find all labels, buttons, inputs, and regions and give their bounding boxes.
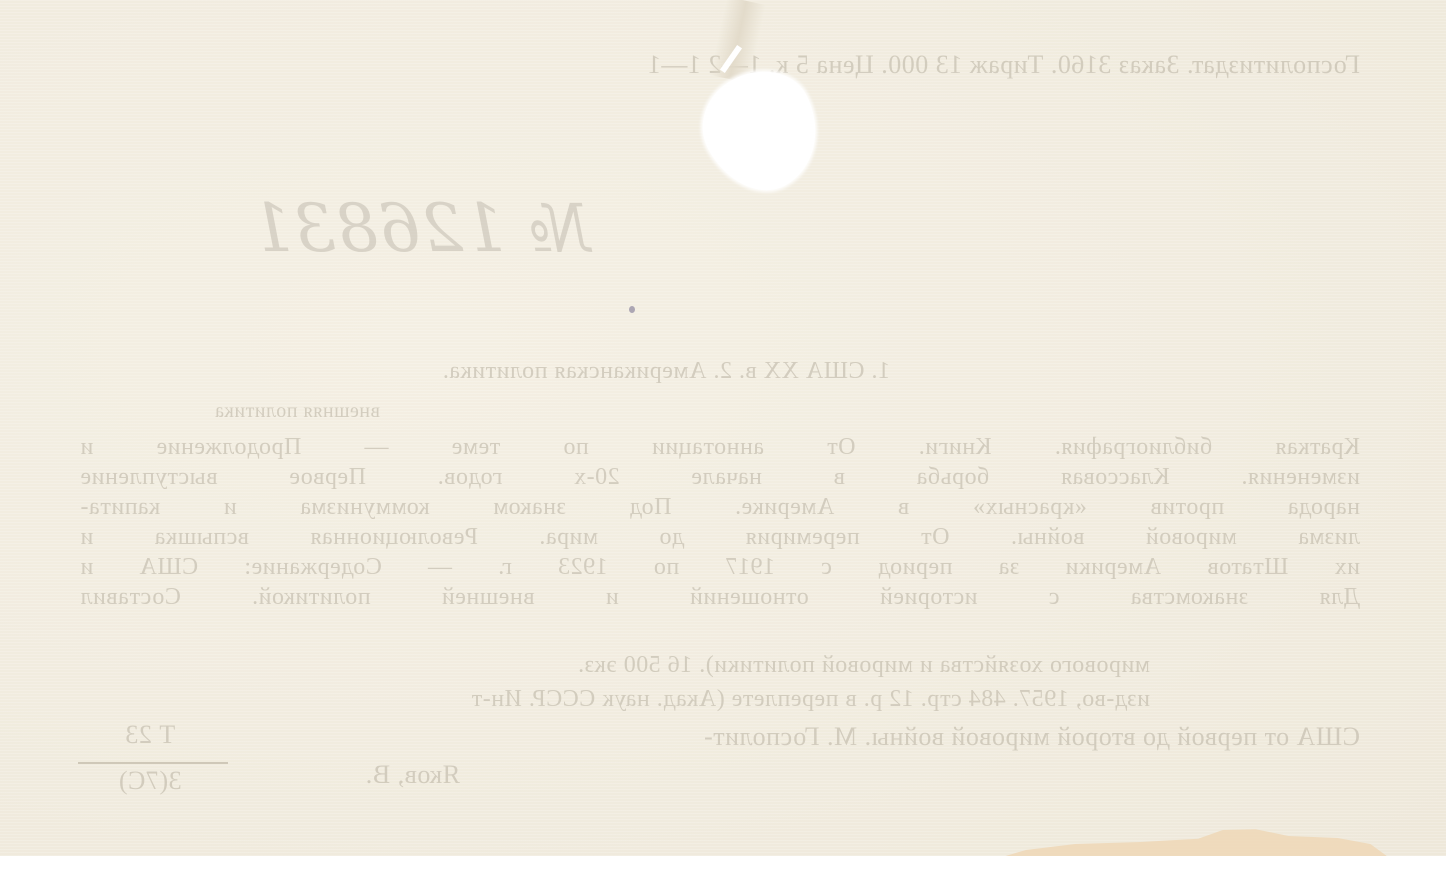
annotation-paragraph-mirrored: Краткая библиография. Книги. От аннотаци… <box>80 432 1360 612</box>
subject-line-2-mirrored: внешняя политика <box>80 400 380 423</box>
paragraph-line: народа против «красных» в Америке. Под з… <box>80 492 1360 522</box>
handwritten-number-mirrored: № 126831 <box>170 190 590 267</box>
shelf-mark-bottom-mirrored: 3(7С) <box>100 766 200 796</box>
paragraph-line: Для знакомства с историей отношений и вн… <box>80 582 1360 612</box>
paragraph-line: изменения. Классовая борьба в начале 20-… <box>80 462 1360 492</box>
subject-line-mirrored: 1. США XX в. 2. Американская политика. <box>130 358 890 385</box>
ink-speck <box>629 306 635 313</box>
title-line-mirrored: США от первой до второй мировой войны. М… <box>340 722 1360 752</box>
meta-line-1-mirrored: мирового хозяйства и мировой политики). … <box>290 652 1150 679</box>
shelf-mark-divider <box>78 762 228 764</box>
paragraph-line: лизма мировой войны. От перемирия до мир… <box>80 522 1360 552</box>
paragraph-line: их Штатов Америки за период с 1917 по 19… <box>80 552 1360 582</box>
shelf-mark-top-mirrored: Т 23 <box>100 720 200 750</box>
paragraph-line: Краткая библиография. Книги. От аннотаци… <box>80 432 1360 462</box>
catalog-card: Госполитиздат. Заказ 3160. Тираж 13 000.… <box>0 0 1446 856</box>
meta-line-2-mirrored: изд-во, 1957. 484 стр. 12 р. в переплете… <box>290 686 1150 713</box>
author-line-mirrored: Яков, В. <box>340 760 460 790</box>
water-stain <box>985 822 1395 856</box>
